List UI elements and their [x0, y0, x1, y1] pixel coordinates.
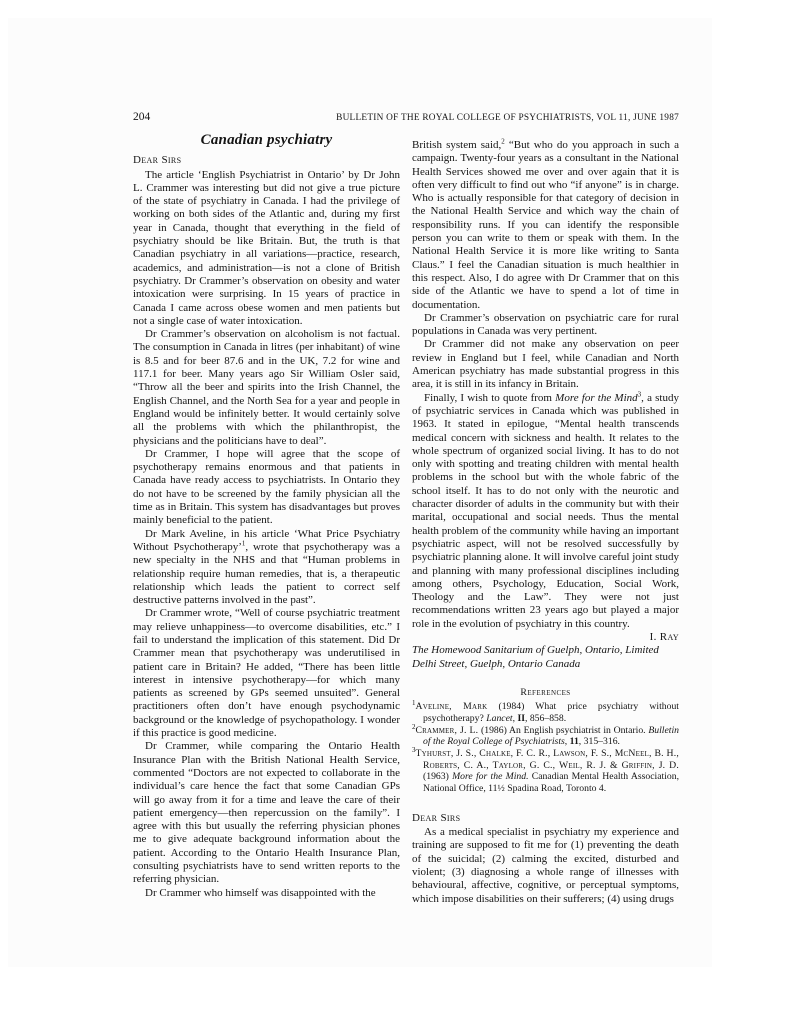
reference-item: 3Tyhurst, J. S., Chalke, F. C. R., Lawso…	[412, 748, 679, 795]
paragraph: Dr Crammer wrote, “Well of course psychi…	[133, 607, 400, 740]
text-segment: The article ‘English Psychiatrist in Ont…	[133, 169, 400, 327]
paragraph: Finally, I wish to quote from More for t…	[412, 392, 679, 631]
text-segment: More for the Mind	[555, 392, 637, 404]
text-segment: Dr Crammer’s observation on alcoholism i…	[133, 328, 400, 446]
text-segment: As a medical specialist in psychiatry my…	[412, 826, 679, 904]
text-segment: (1963)	[423, 771, 452, 782]
reference-item: 1Aveline, Mark (1984) What price psychia…	[412, 701, 679, 724]
text-segment: Tyhurst, J. S., Chalke, F. C. R., Lawson…	[416, 748, 680, 771]
salutation: Dear Sirs	[412, 812, 679, 825]
references-heading: References	[412, 686, 679, 699]
text-segment: “But who do you approach in such a campa…	[412, 139, 679, 311]
text-segment: Dr Crammer’s observation on psychiatric …	[412, 312, 679, 337]
text-segment: Crammer, J. L.	[416, 725, 479, 736]
journal-page: 204 BULLETIN OF THE ROYAL COLLEGE OF PSY…	[0, 0, 800, 1036]
text-segment: Dr Crammer, I hope will agree that the s…	[133, 448, 400, 526]
paragraph: Dr Crammer who himself was disappointed …	[133, 887, 400, 900]
text-segment: Finally, I wish to quote from	[424, 392, 555, 404]
paragraph: Dr Crammer’s observation on alcoholism i…	[133, 328, 400, 448]
left-column: Canadian psychiatry Dear SirsThe article…	[133, 134, 400, 900]
article-title: Canadian psychiatry	[133, 134, 400, 147]
paragraph: Dr Mark Aveline, in his article ‘What Pr…	[133, 528, 400, 608]
salutation: Dear Sirs	[133, 154, 400, 167]
text-segment: (1986) An English psychiatrist in Ontari…	[478, 725, 648, 736]
paragraph: British system said,2 “But who do you ap…	[412, 139, 679, 312]
text-segment: , 856–858.	[525, 713, 566, 724]
text-segment: Dr Crammer did not make any observation …	[412, 338, 679, 390]
reference-item: 2Crammer, J. L. (1986) An English psychi…	[412, 725, 679, 748]
text-segment: More for the Mind.	[452, 771, 528, 782]
signature: I. Ray	[412, 631, 679, 644]
address-line: Delhi Street, Guelph, Ontario Canada	[412, 658, 679, 671]
text-segment: Dr Crammer who himself was disappointed …	[145, 887, 376, 899]
text-segment: Dr Crammer wrote, “Well of course psychi…	[133, 607, 400, 739]
address-line: The Homewood Sanitarium of Guelph, Ontar…	[412, 644, 679, 657]
page-header: 204 BULLETIN OF THE ROYAL COLLEGE OF PSY…	[133, 111, 679, 123]
journal-header: BULLETIN OF THE ROYAL COLLEGE OF PSYCHIA…	[336, 113, 679, 123]
text-segment: Aveline, Mark	[416, 701, 488, 712]
paragraph: The article ‘English Psychiatrist in Ont…	[133, 169, 400, 329]
paragraph: Dr Crammer did not make any observation …	[412, 338, 679, 391]
text-segment: , a study of psychiatric services in Can…	[412, 392, 679, 630]
text-segment: 11	[570, 736, 579, 747]
paragraph: Dr Crammer, while comparing the Ontario …	[133, 740, 400, 886]
paragraph: As a medical specialist in psychiatry my…	[412, 826, 679, 906]
text-segment: II	[517, 713, 525, 724]
text-segment: Lancet	[486, 713, 512, 724]
paragraph: Dr Crammer, I hope will agree that the s…	[133, 448, 400, 528]
left-column-text: Dear SirsThe article ‘English Psychiatri…	[133, 154, 400, 900]
right-column: British system said,2 “But who do you ap…	[412, 139, 679, 906]
address-block: The Homewood Sanitarium of Guelph, Ontar…	[412, 644, 679, 671]
text-segment: , 315–316.	[579, 736, 620, 747]
page-number: 204	[133, 111, 150, 123]
text-segment: Dr Crammer, while comparing the Ontario …	[133, 740, 400, 885]
paragraph: Dr Crammer’s observation on psychiatric …	[412, 312, 679, 339]
text-segment: British system said,	[412, 139, 501, 151]
